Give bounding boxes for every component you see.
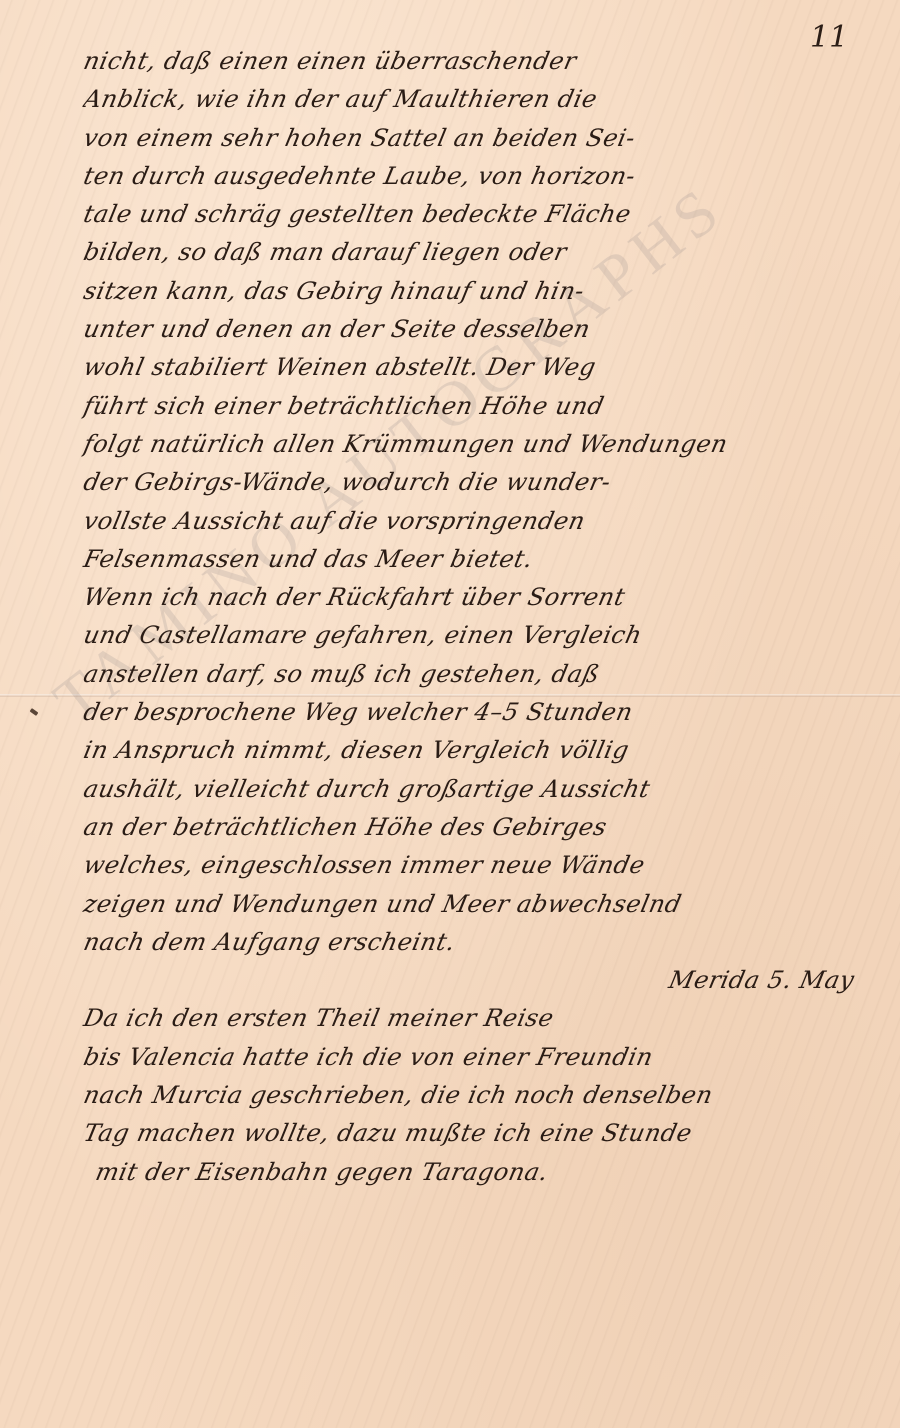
manuscript-page: TAMINO AUTOGRAPHS 11 nicht, daß einen ei…: [0, 0, 900, 1428]
text-line: aushält, vielleicht durch großartige Aus…: [80, 770, 888, 808]
text-line: folgt natürlich allen Krümmungen und Wen…: [80, 425, 888, 463]
text-line: nach Murcia geschrieben, die ich noch de…: [80, 1076, 888, 1114]
text-line: unter und denen an der Seite desselben: [80, 310, 888, 348]
text-line: ten durch ausgedehnte Laube, von horizon…: [80, 157, 888, 195]
text-line: zeigen und Wendungen und Meer abwechseln…: [80, 885, 888, 923]
text-line: tale und schräg gestellten bedeckte Fläc…: [80, 195, 888, 233]
text-line: Tag machen wollte, dazu mußte ich eine S…: [80, 1114, 888, 1152]
text-line: der Gebirgs-Wände, wodurch die wunder-: [80, 463, 888, 501]
text-line: Wenn ich nach der Rückfahrt über Sorrent: [80, 578, 888, 616]
text-line: bilden, so daß man darauf liegen oder: [80, 233, 888, 271]
text-line: vollste Aussicht auf die vorspringenden: [80, 502, 888, 540]
text-line: welches, eingeschlossen immer neue Wände: [80, 846, 888, 884]
text-line: Anblick, wie ihn der auf Maulthieren die: [80, 80, 888, 118]
text-line: nach dem Aufgang erscheint.: [80, 923, 888, 961]
handwritten-text-block: nicht, daß einen einen überraschender An…: [84, 42, 884, 1191]
text-line: bis Valencia hatte ich die von einer Fre…: [80, 1038, 888, 1076]
text-line: sitzen kann, das Gebirg hinauf und hin-: [80, 272, 888, 310]
text-line: anstellen darf, so muß ich gestehen, daß: [80, 655, 888, 693]
dateline: Merida 5. May: [80, 961, 888, 999]
text-line: von einem sehr hohen Sattel an beiden Se…: [80, 119, 888, 157]
text-line: mit der Eisenbahn gegen Taragona.: [80, 1153, 888, 1191]
text-line: der besprochene Weg welcher 4–5 Stunden: [80, 693, 888, 731]
text-line: Da ich den ersten Theil meiner Reise: [80, 999, 888, 1037]
text-line: nicht, daß einen einen überraschender: [80, 42, 888, 80]
text-line: Felsenmassen und das Meer bietet.: [80, 540, 888, 578]
text-line: an der beträchtlichen Höhe des Gebirges: [80, 808, 888, 846]
margin-ink-mark: [30, 708, 39, 716]
text-line: in Anspruch nimmt, diesen Vergleich völl…: [80, 731, 888, 769]
text-line: und Castellamare gefahren, einen Verglei…: [80, 616, 888, 654]
text-line: wohl stabiliert Weinen abstellt. Der Weg: [80, 348, 888, 386]
text-line: führt sich einer beträchtlichen Höhe und: [80, 387, 888, 425]
